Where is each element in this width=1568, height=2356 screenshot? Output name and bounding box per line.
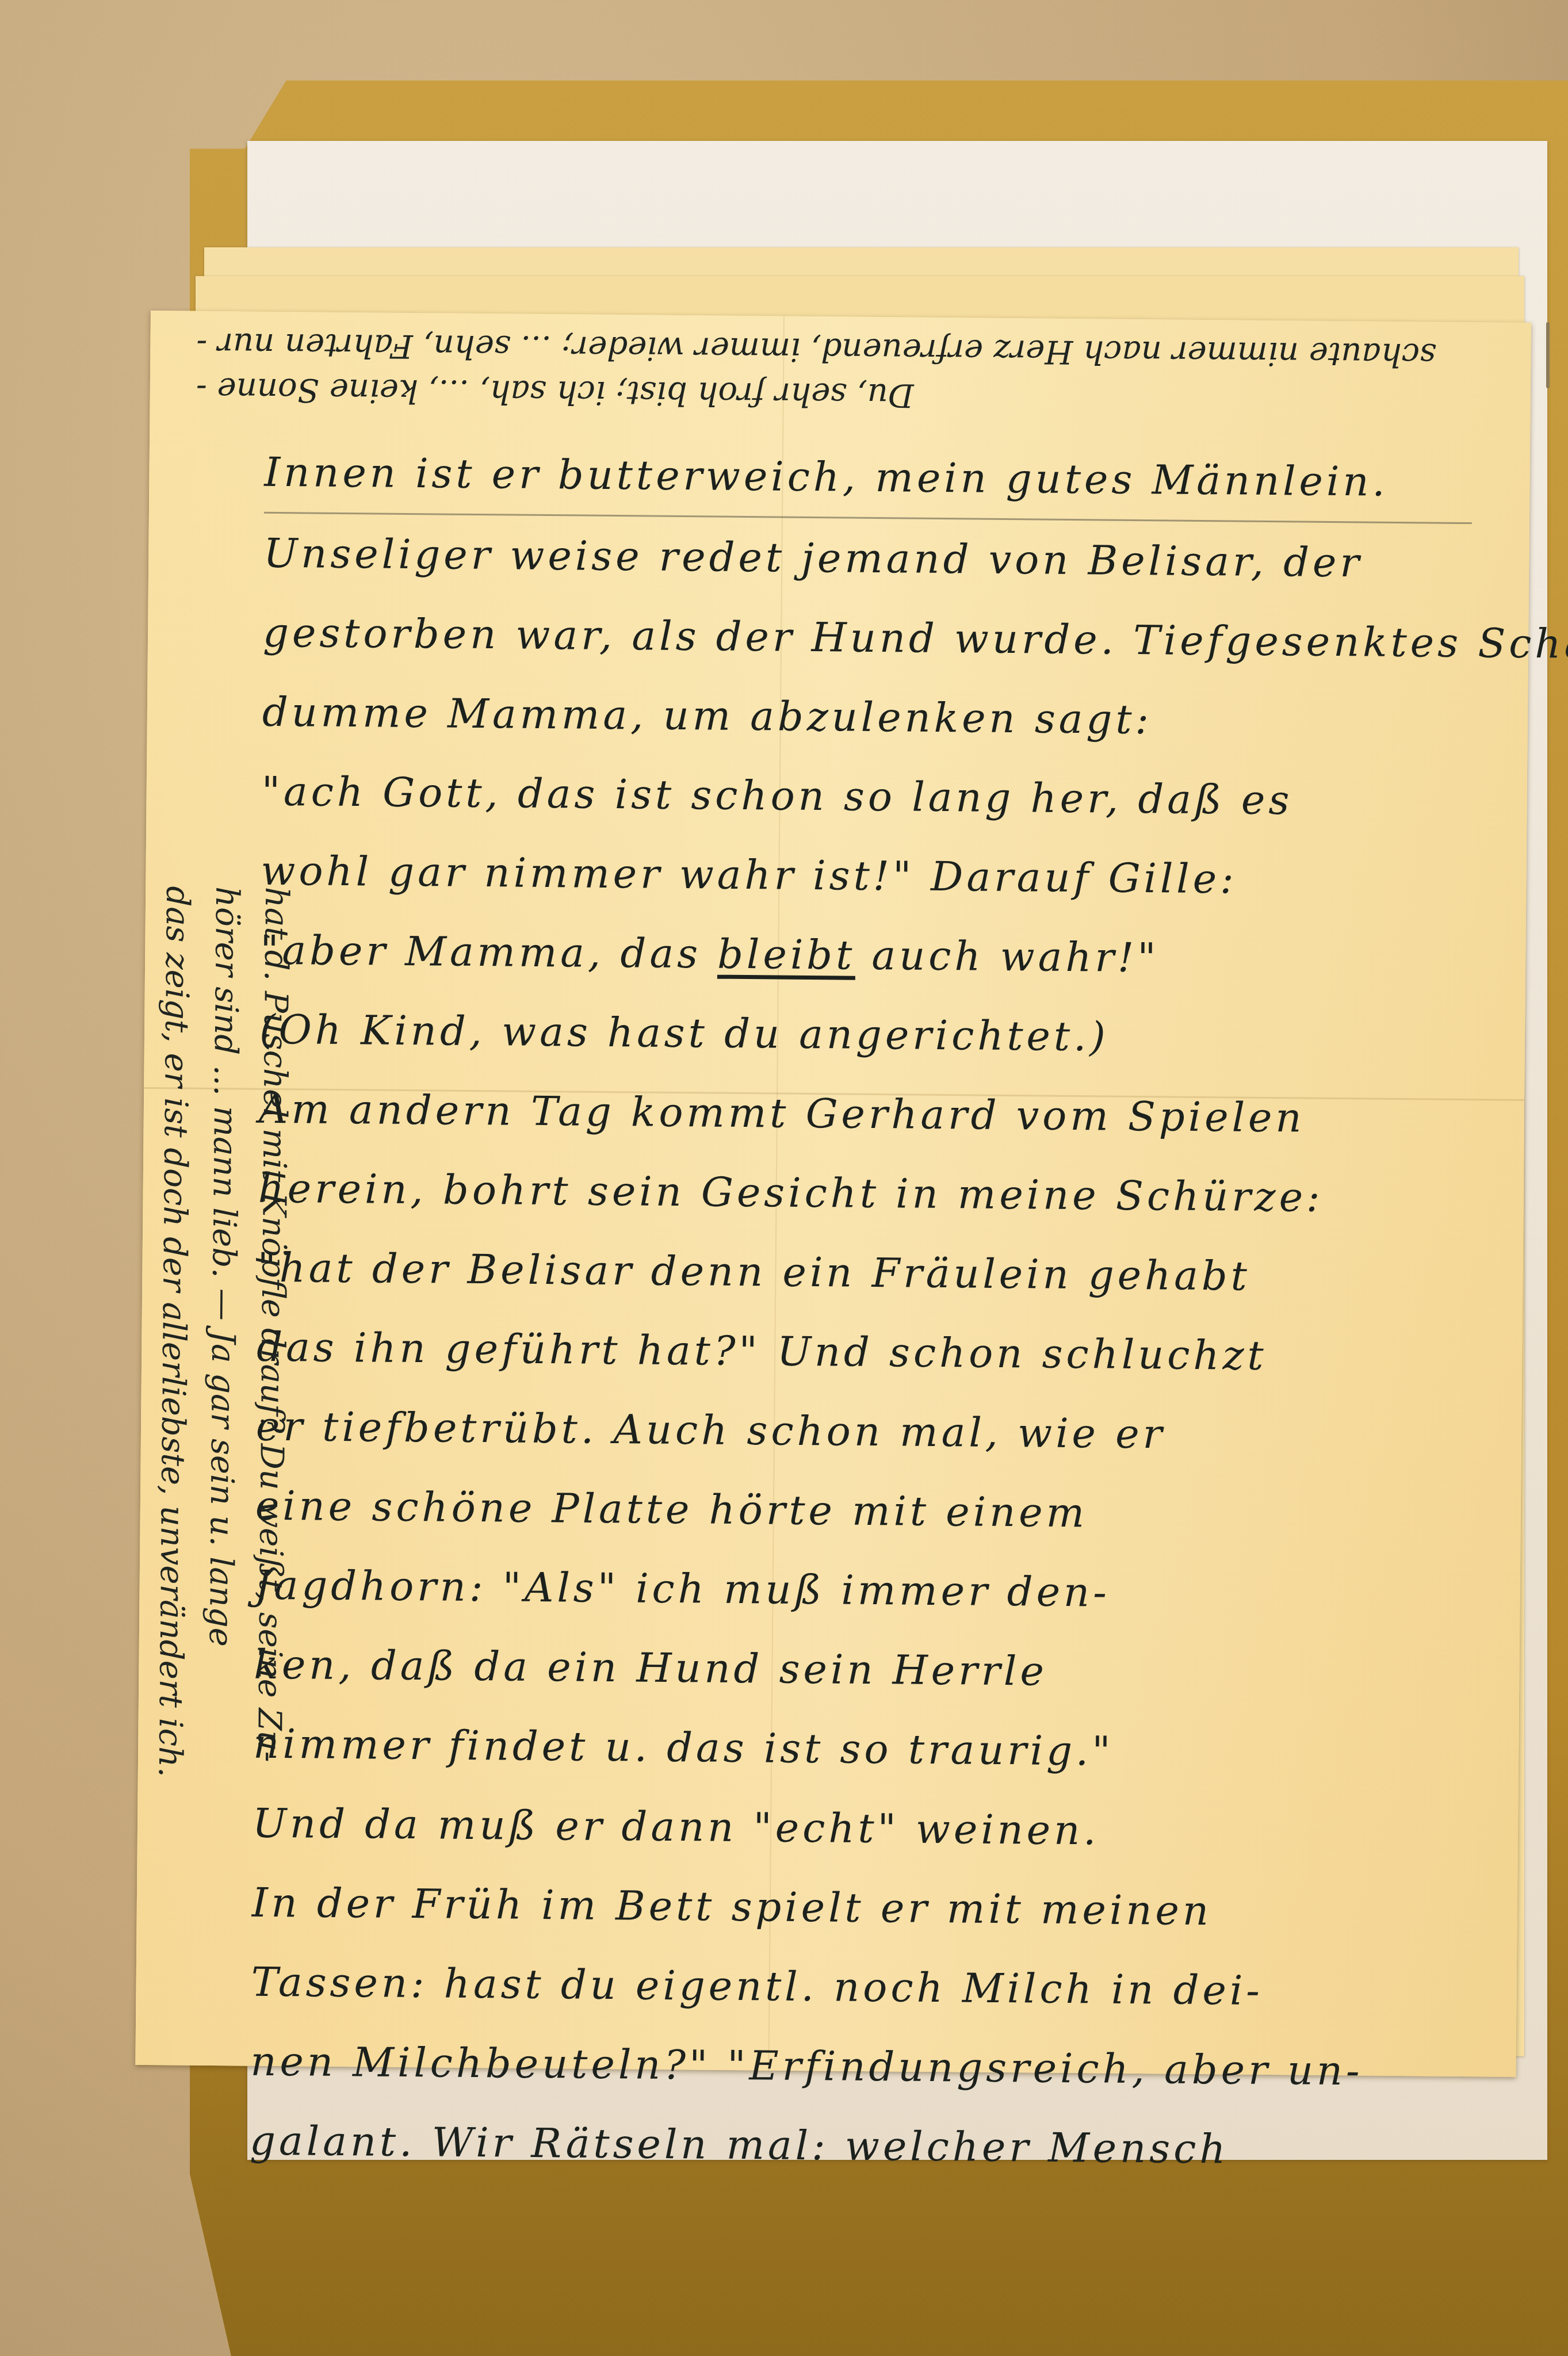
body-line: herein, bohrt sein Gesicht in meine Schü… bbox=[258, 1149, 1466, 1238]
body-line: nen Milchbeuteln?" "Erfindungsreich, abe… bbox=[250, 2022, 1459, 2112]
body-line: dumme Mamma, um abzulenken sagt: bbox=[262, 672, 1470, 762]
letter-body: Innen ist er butterweich, mein gutes Män… bbox=[250, 433, 1473, 2191]
body-line: galant. Wir Rätseln mal: welcher Mensch bbox=[250, 2101, 1458, 2191]
body-line: nimmer findet u. das ist so traurig." bbox=[253, 1704, 1462, 1794]
body-line: er tiefbetrübt. Auch schon mal, wie er bbox=[255, 1387, 1464, 1477]
inverted-header-text: Du, sehr froh bist; ich sah, ..., keine … bbox=[196, 322, 1502, 423]
body-line: Jagdhorn: "Als" ich muß immer den- bbox=[254, 1546, 1463, 1635]
body-line: ken, daß da ein Hund sein Herrle bbox=[254, 1625, 1462, 1715]
body-line: eine schöne Platte hörte mit einem bbox=[255, 1466, 1463, 1556]
vertical-margin-note: hat d. Puschel mit Knöpfle drauf? Du wei… bbox=[141, 886, 301, 2152]
body-line: "ach Gott, das ist schon so lang her, da… bbox=[261, 752, 1470, 842]
body-line-with-emphasis: "aber Mamma, das bleibt auch wahr!" bbox=[260, 911, 1468, 1000]
body-line: Unseliger weise redet jemand von Belisar… bbox=[263, 514, 1472, 603]
body-line: In der Früh im Bett spielt er mit meinen bbox=[251, 1863, 1460, 1953]
body-line: "hat der Belisar denn ein Fräulein gehab… bbox=[257, 1228, 1466, 1318]
emphasized-word: bleibt bbox=[717, 931, 856, 979]
body-line: Tassen: hast du eigentl. noch Milch in d… bbox=[251, 1942, 1459, 2032]
letter-page: Du, sehr froh bist; ich sah, ..., keine … bbox=[135, 311, 1531, 2077]
body-line: Am andern Tag kommt Gerhard vom Spielen bbox=[258, 1069, 1467, 1159]
body-line: das ihn geführt hat?" Und schon schluchz… bbox=[257, 1307, 1465, 1397]
body-line: Innen ist er butterweich, mein gutes Män… bbox=[264, 433, 1473, 524]
pencil-margin-mark bbox=[1546, 322, 1550, 388]
body-line: wohl gar nimmer wahr ist!" Darauf Gille: bbox=[261, 831, 1469, 921]
body-line: (Oh Kind, was hast du angerichtet.) bbox=[259, 990, 1467, 1080]
body-line: gestorben war, als der Hund wurde. Tiefg… bbox=[263, 593, 1471, 683]
body-line: Und da muß er dann "echt" weinen. bbox=[252, 1784, 1460, 1873]
